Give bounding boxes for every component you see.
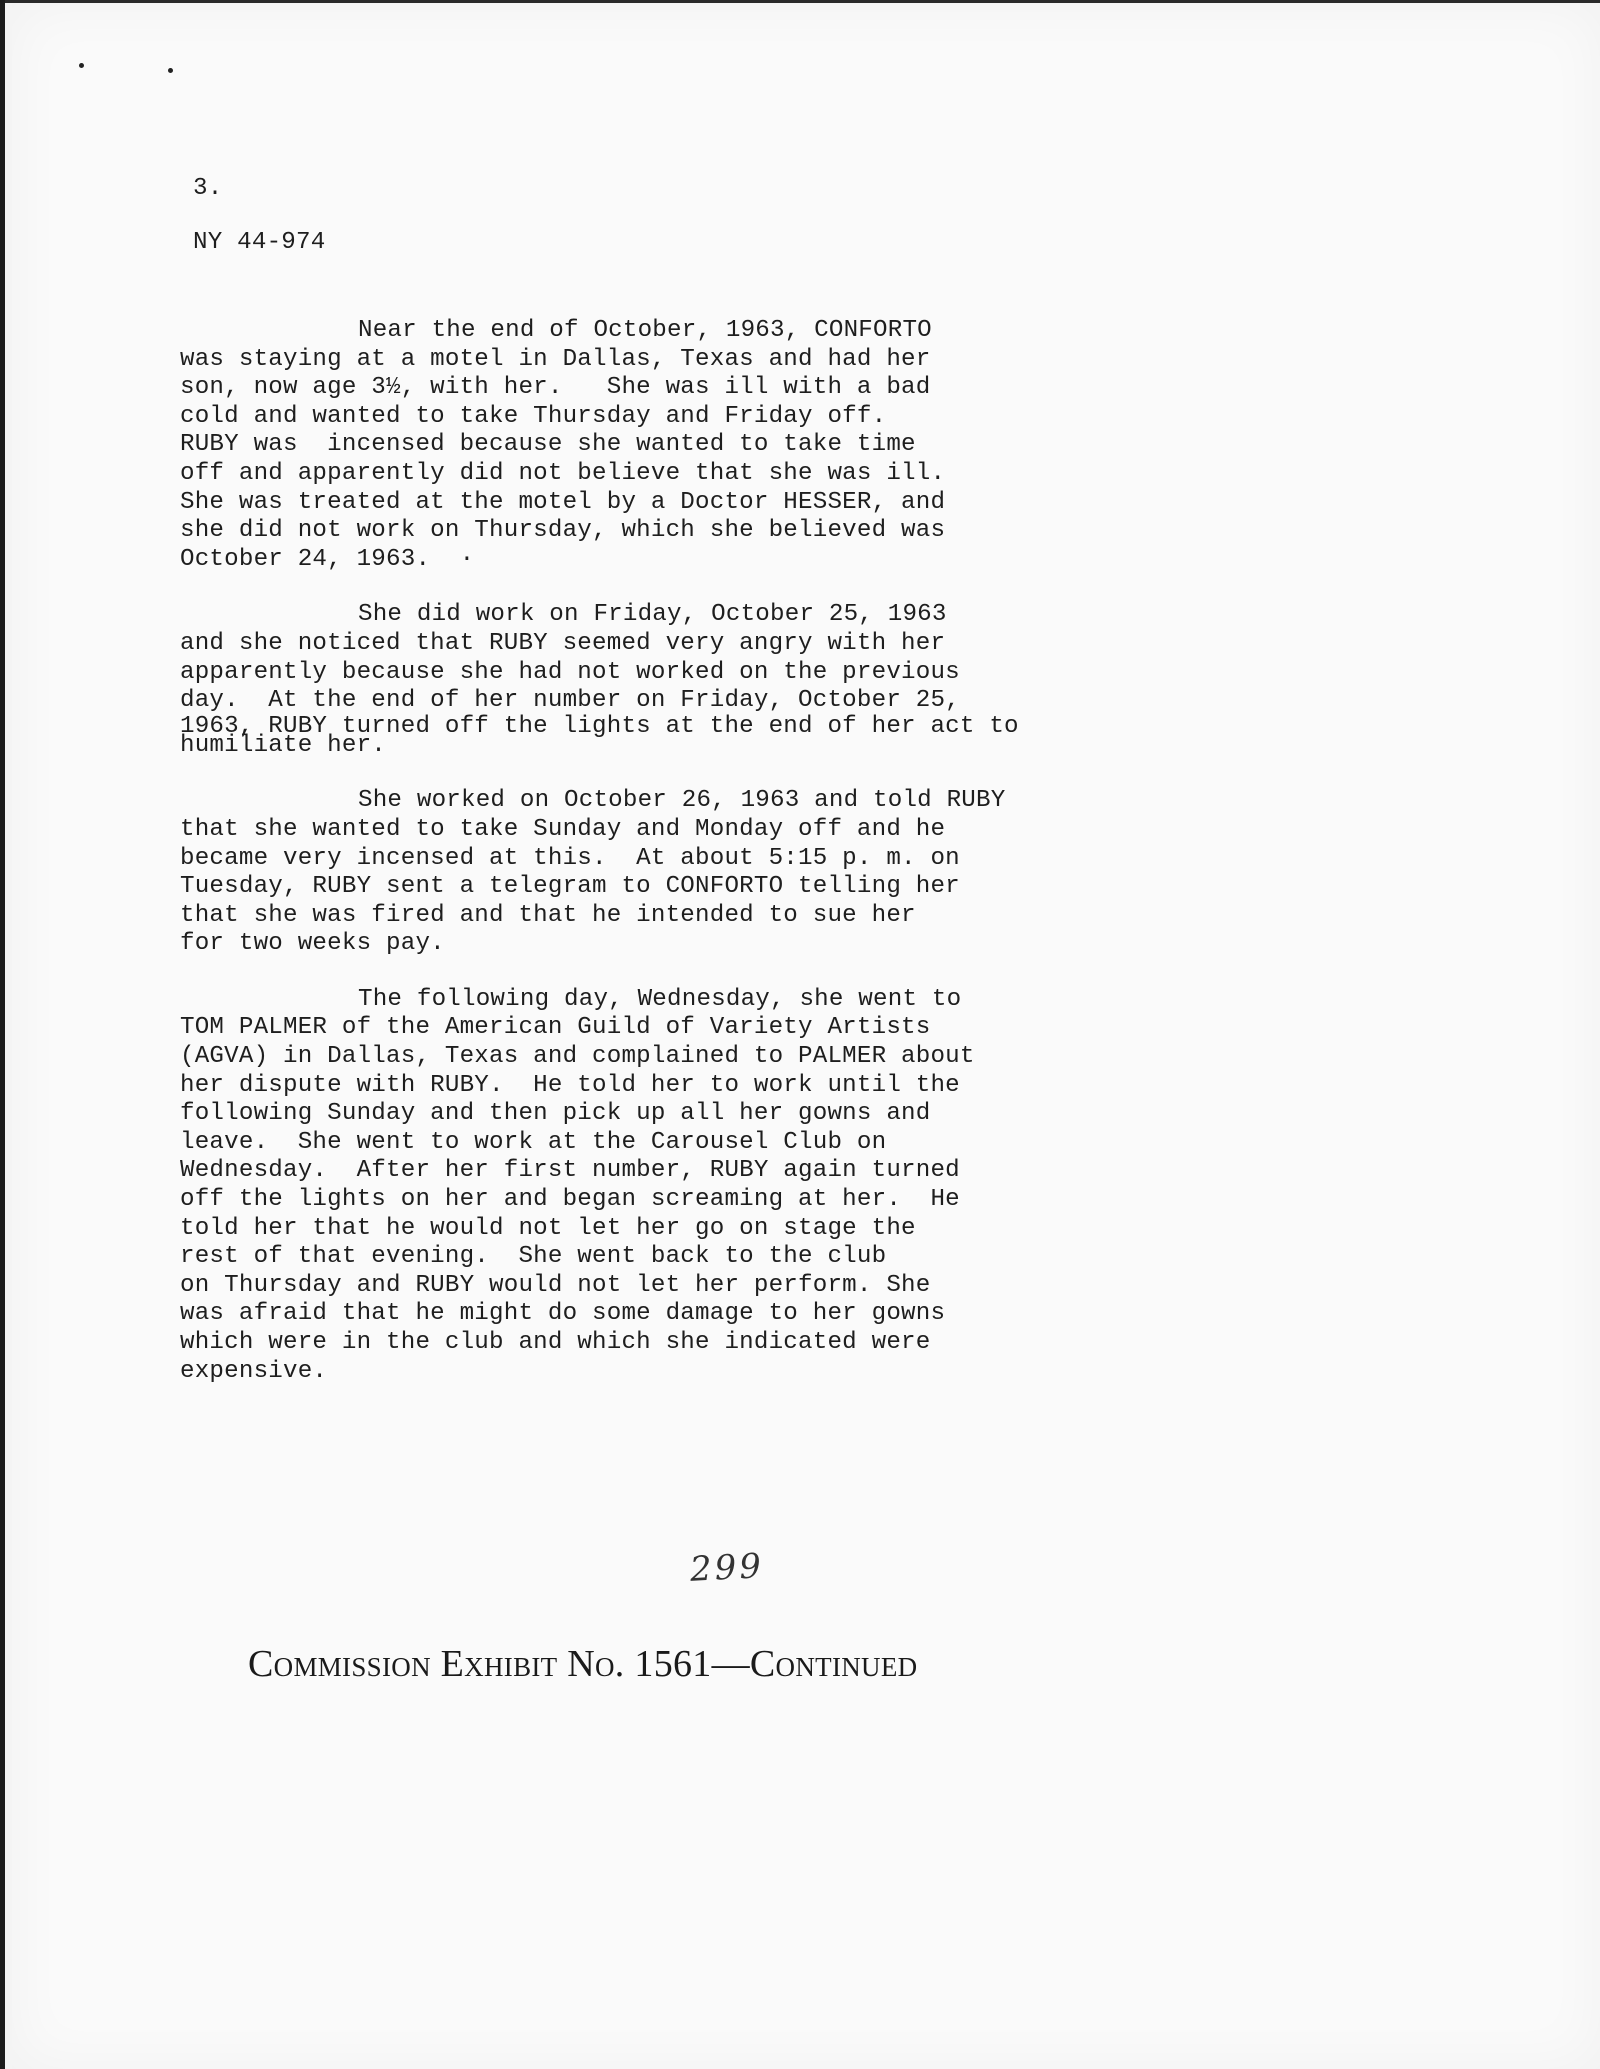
text-line: told her that he would not let her go on… <box>180 1215 1180 1244</box>
text-line: She was treated at the motel by a Doctor… <box>180 489 1180 518</box>
text-line: that she wanted to take Sunday and Monda… <box>180 816 1180 845</box>
text-line: expensive. <box>180 1358 1180 1387</box>
file-number: NY 44-974 <box>193 229 325 256</box>
text-line: she did not work on Thursday, which she … <box>180 517 1180 546</box>
text-line: (AGVA) in Dallas, Texas and complained t… <box>180 1043 1180 1072</box>
text-line: RUBY was incensed because she wanted to … <box>180 431 1180 460</box>
text-line: following Sunday and then pick up all he… <box>180 1100 1180 1129</box>
text-line: which were in the club and which she ind… <box>180 1329 1180 1358</box>
text-line: cold and wanted to take Thursday and Fri… <box>180 403 1180 432</box>
text-line: 1963, RUBY turned off the lights at the … <box>180 716 1180 732</box>
text-line: became very incensed at this. At about 5… <box>180 845 1180 874</box>
paragraph: Near the end of October, 1963, CONFORTO … <box>180 317 1180 574</box>
document-body: Near the end of October, 1963, CONFORTO … <box>180 317 1180 1413</box>
exhibit-caption: Commission Exhibit No. 1561—Continued <box>248 1642 917 1686</box>
text-line: apparently because she had not worked on… <box>180 659 1180 688</box>
scan-edge-left <box>0 0 5 2069</box>
punch-mark <box>168 68 173 73</box>
text-line: She worked on October 26, 1963 and told … <box>180 787 1180 816</box>
paragraph: The following day, Wednesday, she went t… <box>180 986 1180 1386</box>
text-line: that she was fired and that he intended … <box>180 902 1180 931</box>
text-line: Wednesday. After her first number, RUBY … <box>180 1157 1180 1186</box>
text-line: on Thursday and RUBY would not let her p… <box>180 1272 1180 1301</box>
handwritten-page-number: 299 <box>689 1546 765 1590</box>
page-number: 3. <box>193 175 222 202</box>
text-line: son, now age 3½, with her. She was ill w… <box>180 374 1180 403</box>
punch-mark <box>79 63 84 68</box>
text-line: Near the end of October, 1963, CONFORTO <box>180 317 1180 346</box>
paragraph: She worked on October 26, 1963 and told … <box>180 787 1180 959</box>
text-line: Tuesday, RUBY sent a telegram to CONFORT… <box>180 873 1180 902</box>
text-line: her dispute with RUBY. He told her to wo… <box>180 1072 1180 1101</box>
text-line: rest of that evening. She went back to t… <box>180 1243 1180 1272</box>
text-line: off the lights on her and began screamin… <box>180 1186 1180 1215</box>
text-line: and she noticed that RUBY seemed very an… <box>180 630 1180 659</box>
text-line: was staying at a motel in Dallas, Texas … <box>180 346 1180 375</box>
paragraph: She did work on Friday, October 25, 1963… <box>180 601 1180 760</box>
text-line: was afraid that he might do some damage … <box>180 1300 1180 1329</box>
text-line: day. At the end of her number on Friday,… <box>180 687 1180 716</box>
scan-edge-top <box>0 0 1600 3</box>
text-line: The following day, Wednesday, she went t… <box>180 986 1180 1015</box>
text-line: October 24, 1963. · <box>180 546 1180 575</box>
text-line: for two weeks pay. <box>180 930 1180 959</box>
text-line: She did work on Friday, October 25, 1963 <box>180 601 1180 630</box>
text-line: TOM PALMER of the American Guild of Vari… <box>180 1014 1180 1043</box>
text-line: leave. She went to work at the Carousel … <box>180 1129 1180 1158</box>
text-line: off and apparently did not believe that … <box>180 460 1180 489</box>
